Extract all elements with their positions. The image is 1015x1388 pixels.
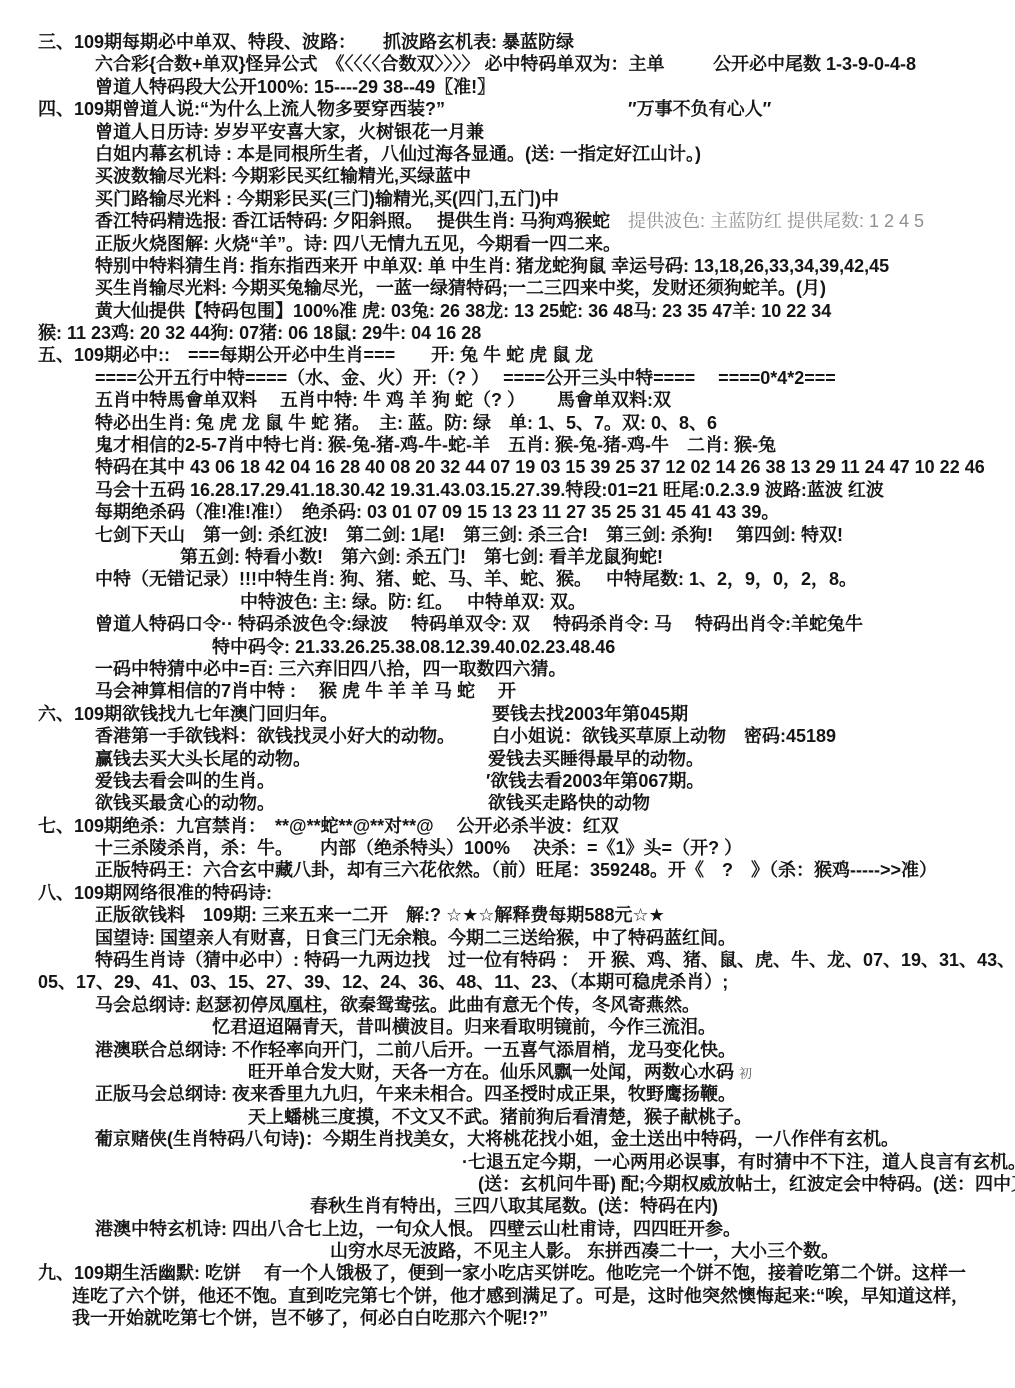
text-segment-col2: ″万事不负有心人″ — [628, 98, 771, 120]
text-line: 港澳联合总纲诗: 不作轻率向开门，二前八后开。一五喜气添眉梢，龙马变化快。 — [0, 1039, 1015, 1061]
text-segment: 春秋生肖有特出，三四八取其尾数。(送：特码在内) — [310, 1195, 718, 1217]
text-segment-col2: 欲钱买走路快的动物 — [488, 792, 650, 814]
text-segment: 七剑下天山 第一剑: 杀红波! 第二剑: 1尾! 第三剑: 杀三合! 第三剑: … — [95, 524, 843, 546]
text-line: 猴: 11 23鸡: 20 32 44狗: 07猪: 06 18鼠: 29牛: … — [0, 322, 1015, 344]
text-segment-col2: 白小姐说：欲钱买草原上动物 密码:45189 — [492, 725, 836, 747]
text-segment: 七、109期绝杀：九宫禁肖： **@**蛇**@**对**@ 公开必杀半波：红双 — [38, 815, 619, 837]
text-line: 八、109期网络很准的特码诗: — [0, 882, 1015, 904]
text-segment: ·七退五定今期，一心两用必误事，有时猜中不下注，道人良言有玄机。 — [462, 1151, 1015, 1173]
text-segment: 连吃了六个饼，他还不饱。直到吃完第七个饼，他才感到满足了。可是，这时他突然懊悔起… — [72, 1285, 969, 1307]
text-segment: 第五剑: 特看小数! 第六剑: 杀五门! 第七剑: 看羊龙鼠狗蛇! — [180, 546, 663, 568]
text-line: 黄大仙提供【特码包围】100%准 虎: 03兔: 26 38龙: 13 25蛇:… — [0, 300, 1015, 322]
text-line: ====公开五行中特====（水、金、火）开:（? ） ====公开三头中特==… — [0, 367, 1015, 389]
text-segment: 五、109期必中:: ===每期公开必中生肖=== 开: 兔 牛 蛇 虎 鼠 龙 — [38, 344, 593, 366]
text-line: 港澳中特玄机诗: 四出八合七上边，一句众人恨。 四壁云山杜甫诗，四四旺开参。 — [0, 1218, 1015, 1240]
text-segment-col2: 要钱去找2003年第045期 — [492, 703, 688, 725]
text-line: 春秋生肖有特出，三四八取其尾数。(送：特码在内) — [0, 1195, 1015, 1217]
text-line: 正版欲钱料 109期: 三来五来一二开 解:? ☆★☆解释费每期588元☆★ — [0, 904, 1015, 926]
text-segment: 每期绝杀码（准!准!准!） 绝杀码: 03 01 07 09 15 13 23 … — [95, 501, 779, 523]
text-line: 一码中特猜中必中=百: 三六弃旧四八拾，四一取数四六猜。 — [0, 658, 1015, 680]
text-line: 天上蟠桃三度摸，不文又不武。猪前狗后看清楚，猴子献桃子。 — [0, 1106, 1015, 1128]
text-line: 特必出生肖: 兔 虎 龙 鼠 牛 蛇 猪。 主: 蓝。防: 绿 单: 1、5、7… — [0, 412, 1015, 434]
text-segment: 特必出生肖: 兔 虎 龙 鼠 牛 蛇 猪。 主: 蓝。防: 绿 单: 1、5、7… — [95, 412, 717, 434]
text-segment: 正版马会总纲诗: 夜来香里九九归，午来未相合。四圣授时成正果，牧野鹰扬鞭。 — [95, 1083, 736, 1105]
text-segment: 曾道人特码口令·· 特码杀波色令:绿波 特码单双令: 双 特码杀肖令: 马 特码… — [95, 613, 863, 635]
text-segment: 特中码令: 21.33.26.25.38.08.12.39.40.02.23.4… — [212, 636, 615, 658]
text-segment: 特码在其中 43 06 18 42 04 16 28 40 08 20 32 4… — [95, 456, 985, 478]
text-line: 十三杀陵杀肖，杀：牛。 内部（绝杀特头）100% 决杀：=《1》头=（开? ） — [0, 837, 1015, 859]
section-4: 四、109期曾道人说:“为什么上流人物多要穿西装?”″万事不负有心人″曾道人日历… — [0, 98, 1015, 344]
text-line: 六合彩{合数+单双}怪异公式 《〈〈〈〈合数双〉〉〉〉 必中特码单双为：主单公开… — [0, 53, 1015, 75]
text-segment: 旺开单合发大财，天各一方在。仙乐风飘一处闻，两数心水码 — [248, 1061, 739, 1083]
text-segment: 提供波色: 主蓝防红 提供尾数: 1 2 4 5 — [628, 210, 924, 232]
text-line: (送：玄机问牛哥) 配;今期权威放帖士，红波定会中特码。(送：四中又财发) — [0, 1173, 1015, 1195]
text-segment: 鬼才相信的2-5-7肖中特七肖: 猴-兔-猪-鸡-牛-蛇-羊 五肖: 猴-兔-猪… — [95, 434, 776, 456]
text-segment: 买波数输尽光料: 今期彩民买红输精光,买绿蓝中 — [95, 165, 471, 187]
text-segment: 六、109期欲钱找九七年澳门回归年。 — [38, 703, 338, 725]
text-segment: 黄大仙提供【特码包围】100%准 虎: 03兔: 26 38龙: 13 25蛇:… — [95, 300, 831, 322]
text-segment: 国望诗: 国望亲人有财喜，日食三门无余粮。今期二三送给猴，中了特码蓝红间。 — [95, 927, 736, 949]
text-segment: ====公开五行中特====（水、金、火）开:（? ） ====公开三头中特==… — [95, 367, 836, 389]
text-segment: 香江特码精选报: 香江话特码: 夕阳斜照。 提供生肖: 马狗鸡猴蛇 — [95, 210, 628, 232]
text-segment: 香港第一手欲钱料：欲钱找灵小好大的动物。 — [95, 725, 455, 747]
text-line: 五、109期必中:: ===每期公开必中生肖=== 开: 兔 牛 蛇 虎 鼠 龙 — [0, 344, 1015, 366]
text-line: 买生肖输尽光料: 今期买兔输尽光，一蓝一绿猜特码;一二三四来中奖，发财还须狗蛇羊… — [0, 277, 1015, 299]
text-segment: 葡京赌侠(生肖特码八句诗)：今期生肖找美女，大将桃花找小姐，金土送出中特码，一八… — [95, 1128, 899, 1150]
section-3: 三、109期每期必中单双、特段、波路： 抓波路玄机表: 暴蓝防绿六合彩{合数+单… — [0, 31, 1015, 98]
text-segment: 九、109期生活幽默: 吃饼 有一个人饿极了，便到一家小吃店买饼吃。他吃完一个饼… — [38, 1262, 966, 1284]
text-segment: 我一开始就吃第七个饼，岂不够了，何必白白吃那六个呢!?” — [72, 1307, 548, 1329]
text-segment: 三、109期每期必中单双、特段、波路： 抓波路玄机表: 暴蓝防绿 — [38, 31, 574, 53]
text-line: 五肖中特馬會单双料 五肖中特: 牛 鸡 羊 狗 蛇（? ） 馬會单双料:双 — [0, 389, 1015, 411]
text-segment: 正版欲钱料 109期: 三来五来一二开 解:? ☆★☆解释费每期588元☆★ — [95, 904, 665, 926]
text-line: 特码在其中 43 06 18 42 04 16 28 40 08 20 32 4… — [0, 456, 1015, 478]
text-segment: 初 — [739, 1063, 752, 1085]
text-line: 七、109期绝杀：九宫禁肖： **@**蛇**@**对**@ 公开必杀半波：红双 — [0, 815, 1015, 837]
text-line: 赢钱去买大头长尾的动物。爱钱去买睡得最早的动物。 — [0, 748, 1015, 770]
text-line: 四、109期曾道人说:“为什么上流人物多要穿西装?”″万事不负有心人″ — [0, 98, 1015, 120]
text-segment: 特码生肖诗（猜中必中）: 特码一九两边找 过一位有特码 ： 开 猴、鸡、猪、鼠、… — [95, 949, 1015, 971]
text-segment-col2: 公开必中尾数 1-3-9-0-4-8 — [713, 53, 916, 75]
text-segment: 中特（无错记录）!!!中特生肖: 狗、猪、蛇、马、羊、蛇、猴。 中特尾数: 1、… — [95, 568, 857, 590]
text-line: 九、109期生活幽默: 吃饼 有一个人饿极了，便到一家小吃店买饼吃。他吃完一个饼… — [0, 1262, 1015, 1284]
text-line: 葡京赌侠(生肖特码八句诗)：今期生肖找美女，大将桃花找小姐，金土送出中特码，一八… — [0, 1128, 1015, 1150]
text-line: 国望诗: 国望亲人有财喜，日食三门无余粮。今期二三送给猴，中了特码蓝红间。 — [0, 927, 1015, 949]
text-line: 特别中特料猜生肖: 指东指西来开 中单双: 单 中生肖: 猪龙蛇狗鼠 幸运号码:… — [0, 255, 1015, 277]
section-8: 八、109期网络很准的特码诗:正版欲钱料 109期: 三来五来一二开 解:? ☆… — [0, 882, 1015, 1263]
text-segment: 一码中特猜中必中=百: 三六弃旧四八拾，四一取数四六猜。 — [95, 658, 567, 680]
text-segment: 港澳中特玄机诗: 四出八合七上边，一句众人恨。 四壁云山杜甫诗，四四旺开参。 — [95, 1218, 741, 1240]
text-segment: 忆君迢迢隔青天，昔叫横波目。归来看取明镜前，今作三流泪。 — [212, 1016, 716, 1038]
text-segment-col2: 爱钱去买睡得最早的动物。 — [488, 748, 704, 770]
text-line: 特码生肖诗（猜中必中）: 特码一九两边找 过一位有特码 ： 开 猴、鸡、猪、鼠、… — [0, 949, 1015, 971]
text-line: 每期绝杀码（准!准!准!） 绝杀码: 03 01 07 09 15 13 23 … — [0, 501, 1015, 523]
text-segment: 十三杀陵杀肖，杀：牛。 内部（绝杀特头）100% 决杀：=《1》头=（开? ） — [95, 837, 742, 859]
text-segment-col2: ′欲钱去看2003年第067期。 — [486, 770, 704, 792]
text-line: 曾道人特码口令·· 特码杀波色令:绿波 特码单双令: 双 特码杀肖令: 马 特码… — [0, 613, 1015, 635]
text-segment: 曾道人特码段大公开100%: 15----29 38--49〖准!〗 — [95, 76, 495, 98]
text-segment: 五肖中特馬會单双料 五肖中特: 牛 鸡 羊 狗 蛇（? ） 馬會单双料:双 — [95, 389, 671, 411]
text-segment: 马会总纲诗: 赵瑟初停凤凰柱，欲秦鸳鸯弦。此曲有意无个传，冬风寄燕然。 — [95, 994, 700, 1016]
text-segment: 白姐内幕玄机诗 : 本是同根所生者，八仙过海各显通。(送: 一指定好江山计。) — [95, 143, 701, 165]
text-segment: 山穷水尽无波路，不见主人影。 东拼西凑二十一，大小三个数。 — [330, 1240, 839, 1262]
text-segment: 爱钱去看会叫的生肖。 — [95, 770, 275, 792]
text-line: 欲钱买最贪心的动物。欲钱买走路快的动物 — [0, 792, 1015, 814]
text-segment: 中特波色: 主: 绿。防: 红。 中特单双: 双。 — [240, 591, 586, 613]
text-line: 我一开始就吃第七个饼，岂不够了，何必白白吃那六个呢!?” — [0, 1307, 1015, 1329]
section-6: 六、109期欲钱找九七年澳门回归年。要钱去找2003年第045期香港第一手欲钱料… — [0, 703, 1015, 815]
text-segment: 买门路输尽光料 : 今期彩民买(三门)输精光,买(四门,五门)中 — [95, 188, 559, 210]
text-line: 马会神算相信的7肖中特 : 猴 虎 牛 羊 羊 马 蛇 开 — [0, 680, 1015, 702]
text-line: 中特波色: 主: 绿。防: 红。 中特单双: 双。 — [0, 591, 1015, 613]
text-line: 马会十五码 16.28.17.29.41.18.30.42 19.31.43.0… — [0, 479, 1015, 501]
text-line: 05、17、29、41、03、15、27、39、12、24、36、48、11、2… — [0, 971, 1015, 993]
text-line: 正版火烧图解: 火烧“羊”。诗: 四八无情九五见，今期看一四二来。 — [0, 233, 1015, 255]
text-line: 正版马会总纲诗: 夜来香里九九归，午来未相合。四圣授时成正果，牧野鹰扬鞭。 — [0, 1083, 1015, 1105]
text-segment: 港澳联合总纲诗: 不作轻率向开门，二前八后开。一五喜气添眉梢，龙马变化快。 — [95, 1039, 736, 1061]
text-line: 白姐内幕玄机诗 : 本是同根所生者，八仙过海各显通。(送: 一指定好江山计。) — [0, 143, 1015, 165]
text-line: 香江特码精选报: 香江话特码: 夕阳斜照。 提供生肖: 马狗鸡猴蛇 提供波色: … — [0, 210, 1015, 232]
text-line: 山穷水尽无波路，不见主人影。 东拼西凑二十一，大小三个数。 — [0, 1240, 1015, 1262]
text-line: 六、109期欲钱找九七年澳门回归年。要钱去找2003年第045期 — [0, 703, 1015, 725]
section-9: 九、109期生活幽默: 吃饼 有一个人饿极了，便到一家小吃店买饼吃。他吃完一个饼… — [0, 1262, 1015, 1329]
text-segment: 马会十五码 16.28.17.29.41.18.30.42 19.31.43.0… — [95, 479, 884, 501]
text-line: 三、109期每期必中单双、特段、波路： 抓波路玄机表: 暴蓝防绿 — [0, 31, 1015, 53]
text-line: 马会总纲诗: 赵瑟初停凤凰柱，欲秦鸳鸯弦。此曲有意无个传，冬风寄燕然。 — [0, 994, 1015, 1016]
text-line: 香港第一手欲钱料：欲钱找灵小好大的动物。白小姐说：欲钱买草原上动物 密码:451… — [0, 725, 1015, 747]
text-line: 买波数输尽光料: 今期彩民买红输精光,买绿蓝中 — [0, 165, 1015, 187]
text-line: 鬼才相信的2-5-7肖中特七肖: 猴-兔-猪-鸡-牛-蛇-羊 五肖: 猴-兔-猪… — [0, 434, 1015, 456]
text-segment: 特别中特料猜生肖: 指东指西来开 中单双: 单 中生肖: 猪龙蛇狗鼠 幸运号码:… — [95, 255, 889, 277]
document-page: 三、109期每期必中单双、特段、波路： 抓波路玄机表: 暴蓝防绿六合彩{合数+单… — [0, 0, 1015, 1388]
text-segment: 四、109期曾道人说:“为什么上流人物多要穿西装?” — [38, 98, 445, 120]
section-7: 七、109期绝杀：九宫禁肖： **@**蛇**@**对**@ 公开必杀半波：红双… — [0, 815, 1015, 882]
text-line: 连吃了六个饼，他还不饱。直到吃完第七个饼，他才感到满足了。可是，这时他突然懊悔起… — [0, 1285, 1015, 1307]
text-segment: 马会神算相信的7肖中特 : 猴 虎 牛 羊 羊 马 蛇 开 — [95, 680, 516, 702]
text-segment: (送：玄机问牛哥) 配;今期权威放帖士，红波定会中特码。(送：四中又财发) — [478, 1173, 1015, 1195]
text-segment: 猴: 11 23鸡: 20 32 44狗: 07猪: 06 18鼠: 29牛: … — [38, 322, 481, 344]
text-segment: 六合彩{合数+单双}怪异公式 《〈〈〈〈合数双〉〉〉〉 必中特码单双为：主单 — [95, 53, 665, 75]
text-segment: 正版火烧图解: 火烧“羊”。诗: 四八无情九五见，今期看一四二来。 — [95, 233, 621, 255]
text-line: 正版特码王：六合玄中藏八卦，却有三六花依然。（前）旺尾：359248。开《 ? … — [0, 859, 1015, 881]
text-line: 曾道人特码段大公开100%: 15----29 38--49〖准!〗 — [0, 76, 1015, 98]
text-segment: 正版特码王：六合玄中藏八卦，却有三六花依然。（前）旺尾：359248。开《 ? … — [95, 859, 937, 881]
text-line: 第五剑: 特看小数! 第六剑: 杀五门! 第七剑: 看羊龙鼠狗蛇! — [0, 546, 1015, 568]
text-line: 爱钱去看会叫的生肖。′欲钱去看2003年第067期。 — [0, 770, 1015, 792]
text-segment: 天上蟠桃三度摸，不文又不武。猪前狗后看清楚，猴子献桃子。 — [248, 1106, 752, 1128]
text-segment: 赢钱去买大头长尾的动物。 — [95, 748, 311, 770]
text-line: 买门路输尽光料 : 今期彩民买(三门)输精光,买(四门,五门)中 — [0, 188, 1015, 210]
text-segment: 曾道人日历诗: 岁岁平安喜大家，火树银花一月兼 — [95, 121, 484, 143]
text-segment: 欲钱买最贪心的动物。 — [95, 792, 275, 814]
text-line: 曾道人日历诗: 岁岁平安喜大家，火树银花一月兼 — [0, 121, 1015, 143]
text-line: 旺开单合发大财，天各一方在。仙乐风飘一处闻，两数心水码 初 — [0, 1061, 1015, 1083]
text-segment: 买生肖输尽光料: 今期买兔输尽光，一蓝一绿猜特码;一二三四来中奖，发财还须狗蛇羊… — [95, 277, 826, 299]
text-segment: 05、17、29、41、03、15、27、39、12、24、36、48、11、2… — [38, 971, 728, 993]
text-line: 中特（无错记录）!!!中特生肖: 狗、猪、蛇、马、羊、蛇、猴。 中特尾数: 1、… — [0, 568, 1015, 590]
text-line: 特中码令: 21.33.26.25.38.08.12.39.40.02.23.4… — [0, 636, 1015, 658]
text-line: ·七退五定今期，一心两用必误事，有时猜中不下注，道人良言有玄机。 — [0, 1151, 1015, 1173]
section-5: 五、109期必中:: ===每期公开必中生肖=== 开: 兔 牛 蛇 虎 鼠 龙… — [0, 344, 1015, 702]
text-segment: 八、109期网络很准的特码诗: — [38, 882, 272, 904]
text-line: 忆君迢迢隔青天，昔叫横波目。归来看取明镜前，今作三流泪。 — [0, 1016, 1015, 1038]
text-line: 七剑下天山 第一剑: 杀红波! 第二剑: 1尾! 第三剑: 杀三合! 第三剑: … — [0, 524, 1015, 546]
